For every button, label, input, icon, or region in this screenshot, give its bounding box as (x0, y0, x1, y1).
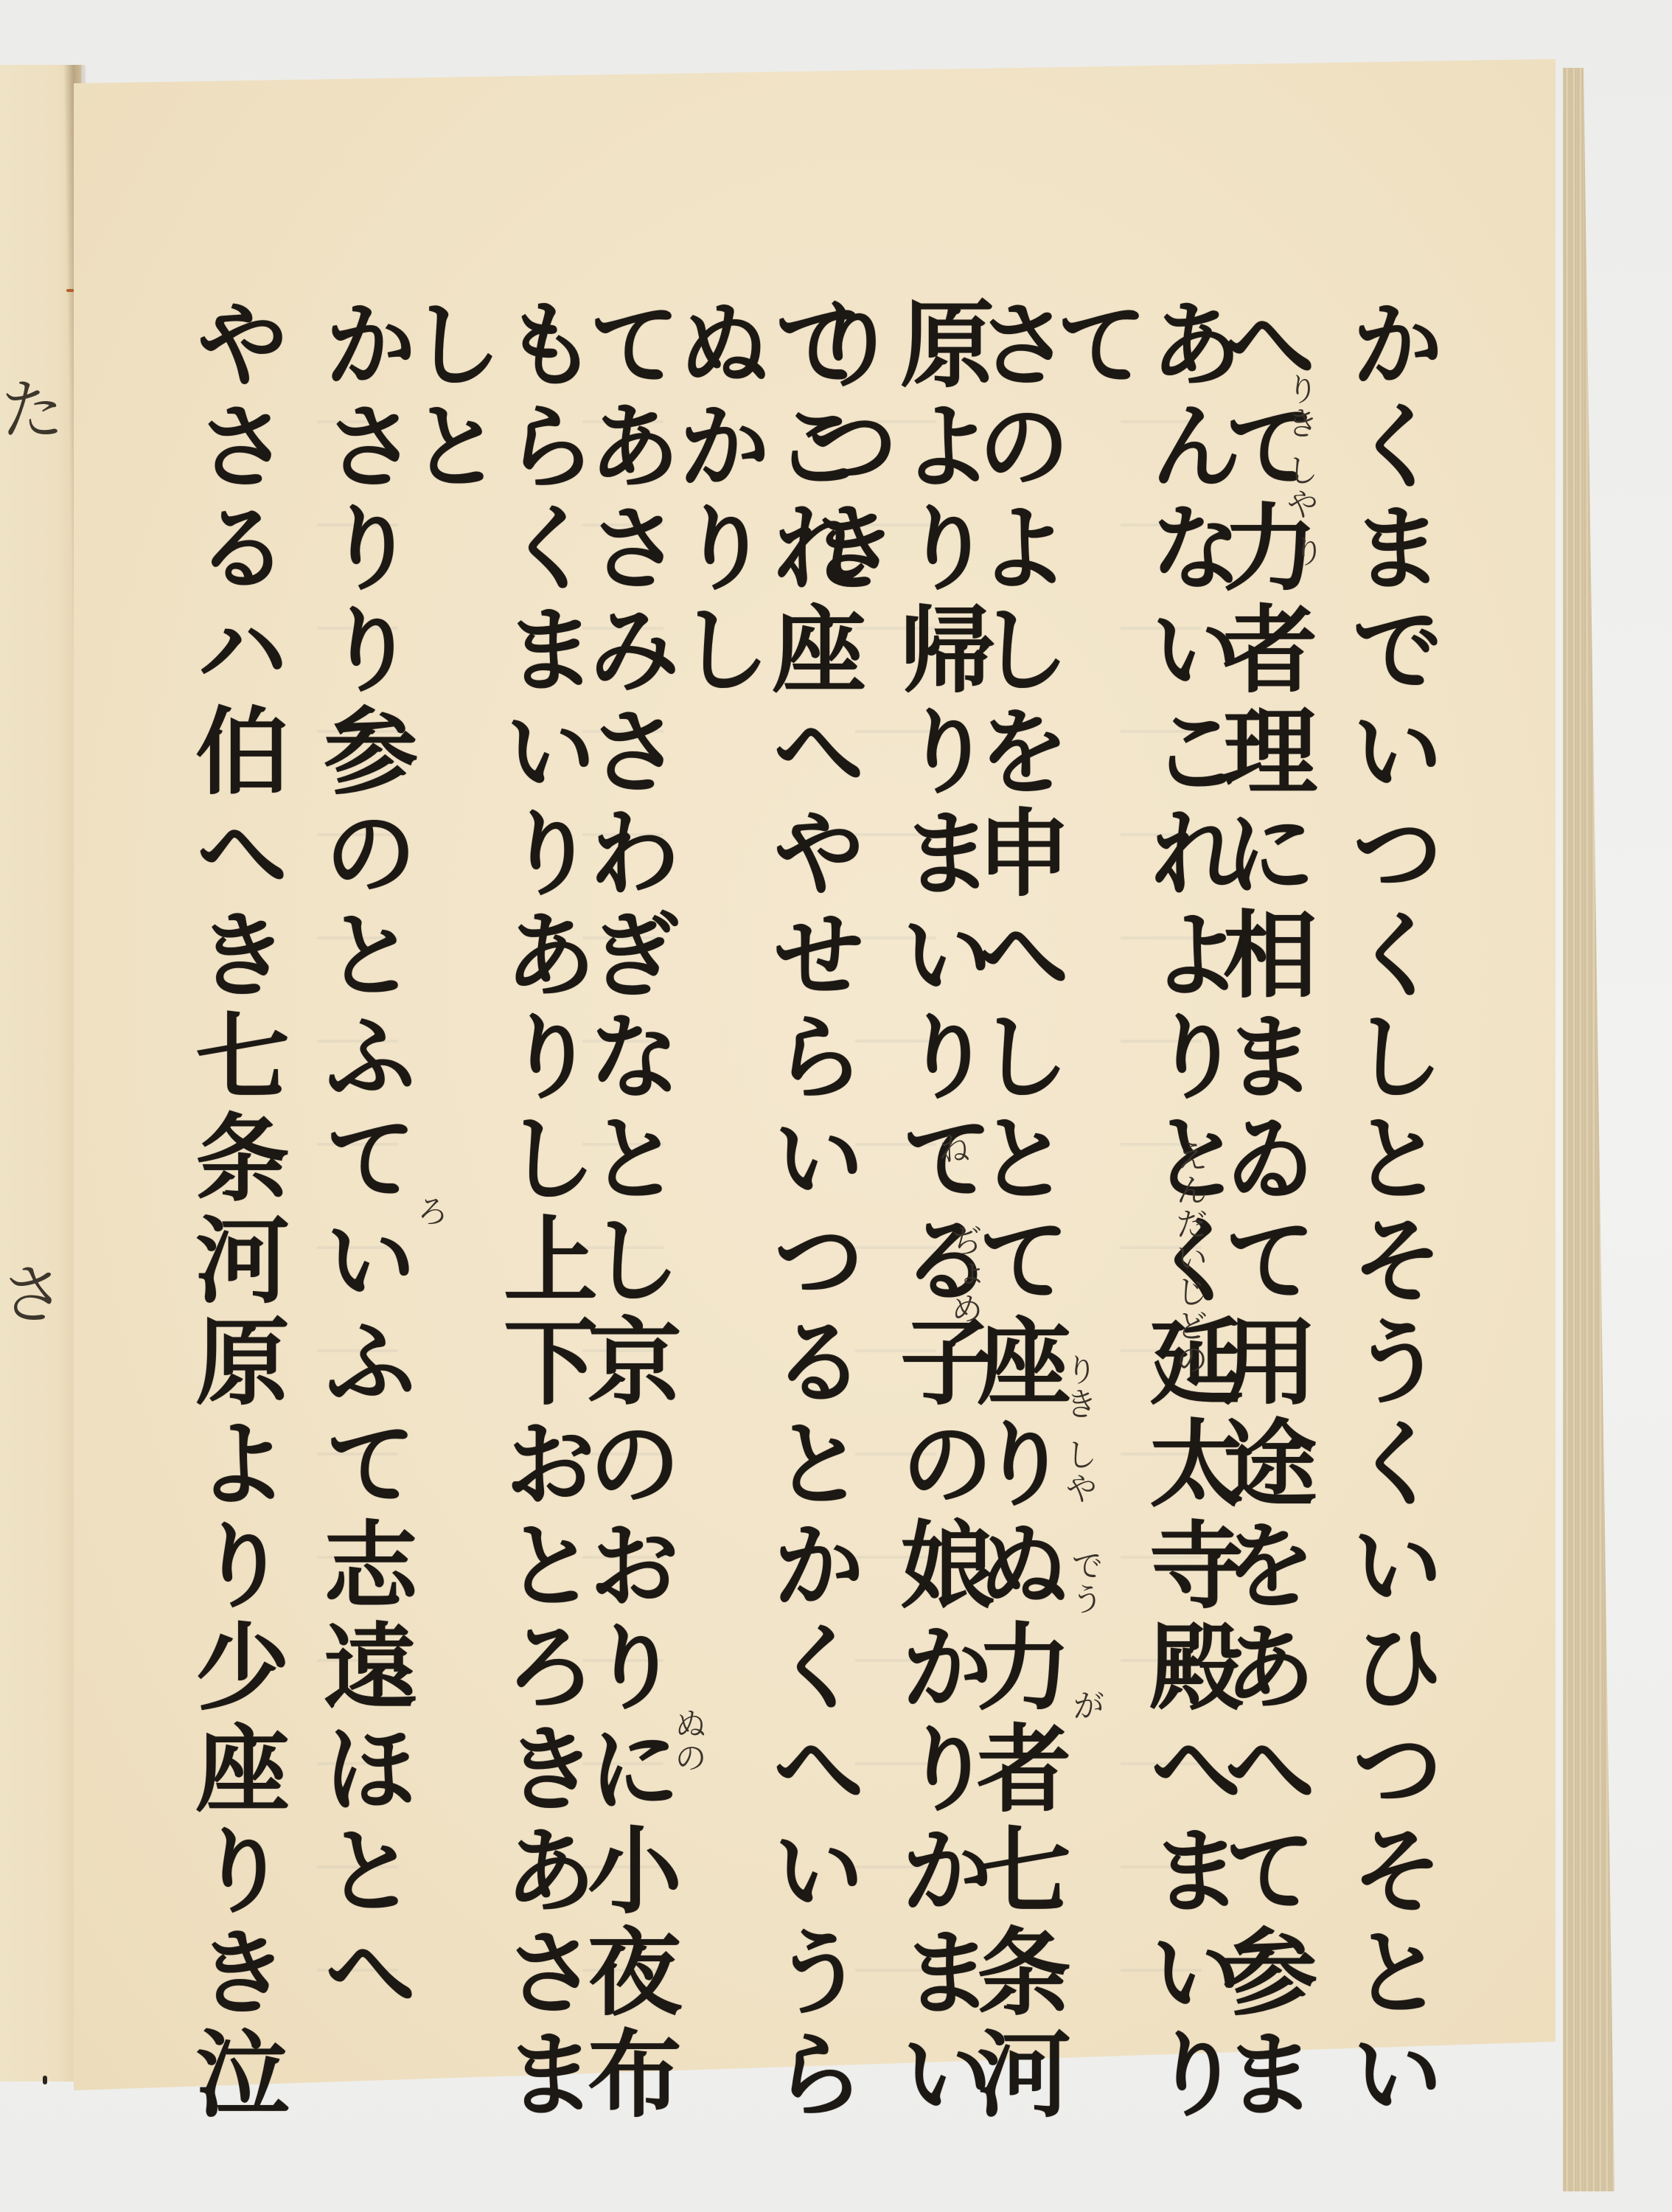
ink-speck (43, 2076, 47, 2084)
furigana: でう (1067, 1548, 1100, 1616)
furigana: りき (1283, 372, 1315, 440)
furigana: ろ (413, 1194, 445, 1228)
furigana: り (1289, 535, 1321, 568)
furigana: りき (1062, 1353, 1094, 1421)
furigana: ね (935, 1132, 967, 1166)
text-column-1: かくまでいつくしとそうくいひつそとい (1342, 295, 1437, 2126)
text-column-10: やさるハ伯へき七条河原より少座りき泣 (187, 295, 282, 2126)
furigana: しや (1062, 1438, 1094, 1506)
furigana: しや (1283, 453, 1315, 521)
text-column-9: かさりり参のとふていふて志遠ほとへ (316, 295, 410, 2025)
text-column-8: もらくまいりありし上下おとろきあさましと (401, 295, 590, 2212)
furigana: ぬの (671, 1707, 703, 1775)
text-column-6: てこれ座へやせらいつるとかくへいうらぬかりし (669, 295, 858, 2212)
left-page-fragment: さ (0, 1259, 74, 1326)
furigana: えんだいじどの (1172, 1139, 1205, 1377)
furigana: ぢょめ (947, 1224, 980, 1326)
furigana: が (1069, 1688, 1101, 1722)
page-stack-edge (1563, 68, 1614, 2191)
left-page-fragment: た (0, 375, 74, 441)
